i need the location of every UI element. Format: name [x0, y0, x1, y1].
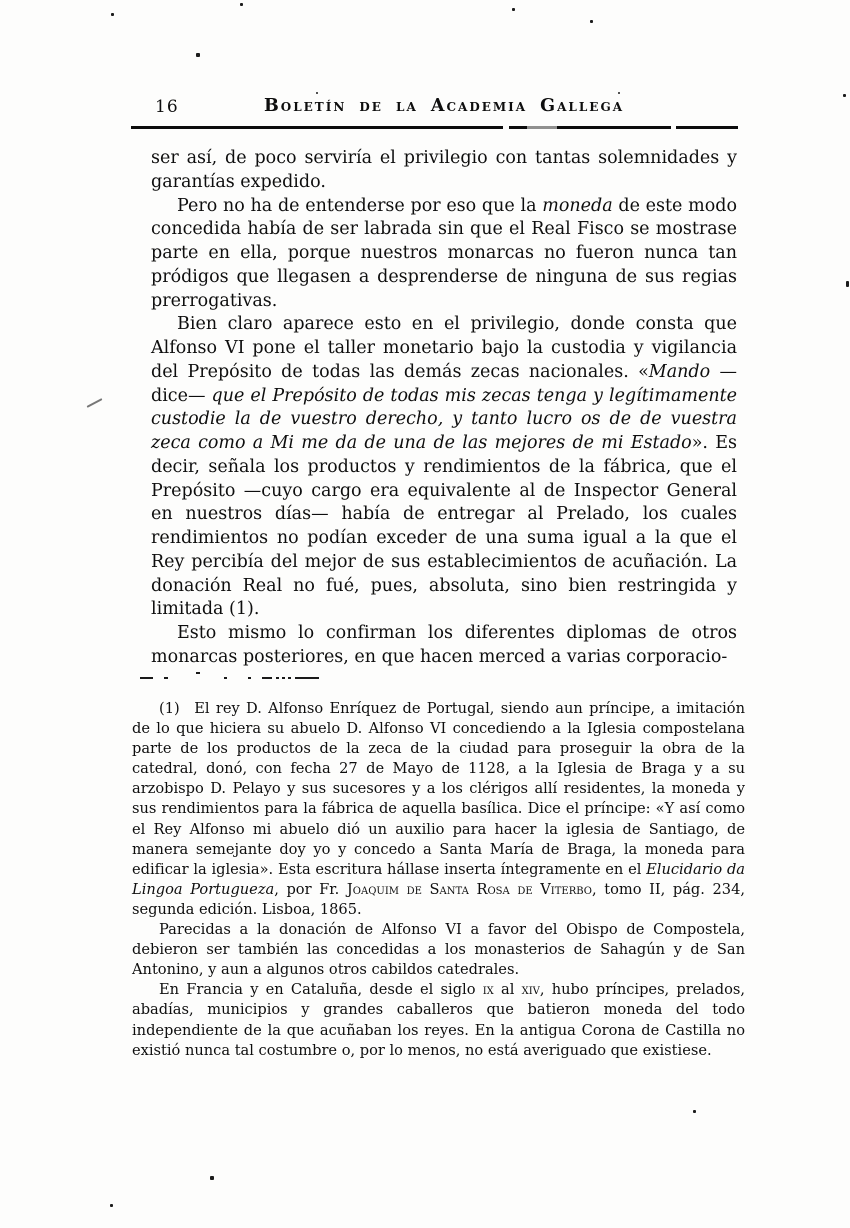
header-title: Boletín de la Academia Gallega [151, 96, 737, 116]
separator-dash [288, 677, 291, 679]
text-segment: En Francia y en Cataluña, desde el siglo [159, 981, 483, 998]
separator-dash [248, 677, 251, 679]
paragraph: Esto mismo lo confirman los diferentes d… [151, 622, 737, 670]
footnote-paragraph: Parecidas a la donación de Alfonso VI a … [132, 920, 745, 980]
text-segment-smallcaps: ix [483, 981, 494, 998]
separator-dash [295, 677, 319, 679]
header-rule [131, 126, 738, 129]
footnote: (1) El rey D. Alfonso Enríquez de Portug… [132, 699, 745, 1061]
text-segment: ser así, de poco serviría el privilegio … [151, 148, 737, 192]
page-number: 16 [155, 97, 179, 117]
scan-speck [618, 92, 620, 94]
text-segment: (1) El rey D. Alfonso Enríquez de Portug… [132, 700, 745, 878]
text-segment: , por Fr. [274, 881, 347, 898]
running-header: 16 Boletín de la Academia Gallega [151, 96, 737, 122]
text-segment: al [494, 981, 522, 998]
scan-speck [110, 1204, 113, 1207]
scan-speck [846, 281, 849, 287]
separator-dash [140, 677, 153, 679]
scan-speck [111, 13, 114, 16]
separator-dash [224, 677, 227, 679]
text-segment: Parecidas a la donación de Alfonso VI a … [132, 921, 745, 978]
text-segment: Pero no ha de entenderse por eso que la [177, 196, 542, 216]
scan-speck [316, 92, 318, 94]
paragraph: Bien claro aparece esto en el privilegio… [151, 313, 737, 622]
text-segment: ». Es decir, señala los productos y rend… [151, 433, 737, 619]
rule-scan-gap [527, 126, 557, 129]
scan-speck [210, 1176, 214, 1180]
text-segment: Esto mismo lo confirman los diferentes d… [151, 623, 737, 667]
scan-speck [512, 8, 515, 11]
separator-dash [164, 677, 168, 679]
footnote-paragraph: (1) El rey D. Alfonso Enríquez de Portug… [132, 699, 745, 920]
separator-dash [262, 677, 272, 679]
separator-dash [276, 677, 279, 679]
scan-speck [240, 3, 243, 6]
paragraph: Pero no ha de entenderse por eso que la … [151, 195, 737, 314]
footnote-separator [140, 674, 335, 684]
text-segment-italic: moneda [542, 196, 612, 216]
paragraph: ser así, de poco serviría el privilegio … [151, 147, 737, 195]
body-text: ser así, de poco serviría el privilegio … [151, 147, 737, 670]
rule-scan-gap [503, 126, 509, 129]
text-segment-smallcaps: Joaquim de Santa Rosa de Viterbo [347, 881, 592, 898]
rule-scan-gap [671, 126, 676, 129]
scan-speck [196, 53, 200, 57]
text-segment-italic: Mando [649, 362, 710, 382]
separator-dash [282, 677, 285, 679]
scan-scratch [87, 398, 103, 408]
text-segment-italic: que el Prepósito de todas mis zecas teng… [151, 386, 737, 454]
scan-speck [843, 94, 846, 97]
book-page: 16 Boletín de la Academia Gallega ser as… [0, 0, 850, 1228]
separator-dash [196, 672, 200, 674]
footnote-paragraph: En Francia y en Cataluña, desde el siglo… [132, 980, 745, 1060]
scan-speck [590, 20, 593, 23]
scan-speck [693, 1110, 696, 1113]
text-segment-smallcaps: xiv [522, 981, 540, 998]
